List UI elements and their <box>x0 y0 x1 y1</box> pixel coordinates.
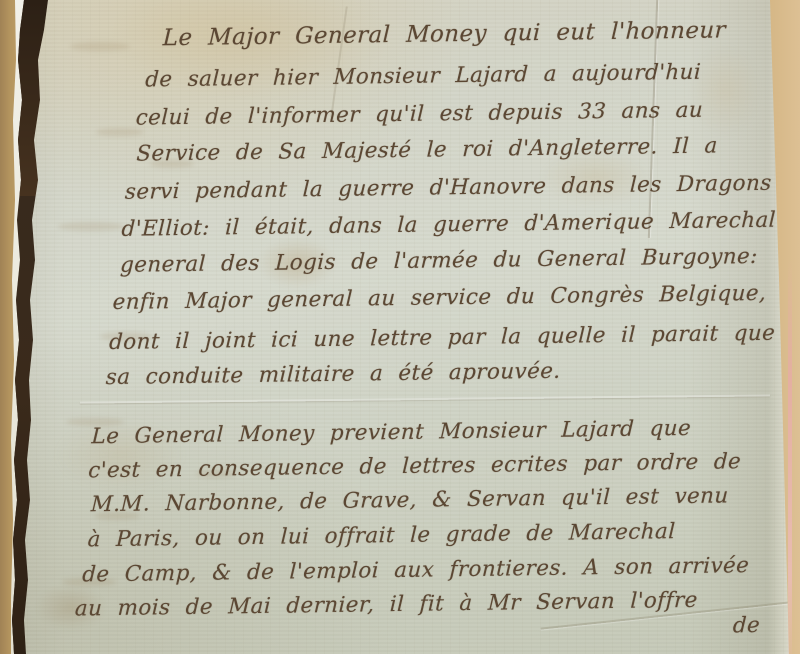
manuscript-line-9: dont il joint ici une lettre par la quel… <box>109 321 776 356</box>
manuscript-line-3: celui de l'informer qu'il est depuis 33 … <box>135 98 703 132</box>
manuscript-line-10: sa conduite militaire a été aprouvée. <box>105 359 561 391</box>
manuscript-line-11: Le General Money previent Monsieur Lajar… <box>91 416 692 450</box>
manuscript-catchword: de <box>732 613 760 639</box>
manuscript-line-13: M.M. Narbonne, de Grave, & Servan qu'il … <box>90 483 729 518</box>
manuscript-line-12: c'est en consequence de lettres ecrites … <box>88 449 742 484</box>
paper-edge-highlight <box>788 260 792 654</box>
letter-paper: Le Major General Money qui eut l'honneur… <box>0 0 800 654</box>
manuscript-line-1: Le Major General Money qui eut l'honneur <box>162 17 726 52</box>
manuscript-line-7: general des Logis de l'armée du General … <box>120 244 759 279</box>
manuscript-line-16: au mois de Mai dernier, il fit à Mr Serv… <box>74 588 698 623</box>
photo-background: Le Major General Money qui eut l'honneur… <box>0 0 800 654</box>
manuscript-text: Le Major General Money qui eut l'honneur… <box>0 0 800 654</box>
manuscript-line-2: de saluer hier Monsieur Lajard a aujourd… <box>145 60 702 94</box>
manuscript-line-4: Service de Sa Majesté le roi d'Angleterr… <box>136 133 718 167</box>
manuscript-line-6: d'Elliot: il était, dans la guerre d'Ame… <box>121 208 776 243</box>
manuscript-line-14: à Paris, ou on lui offrait le grade de M… <box>87 519 676 553</box>
manuscript-line-5: servi pendant la guerre d'Hanovre dans l… <box>124 171 772 206</box>
manuscript-line-8: enfin Major general au service du Congrè… <box>112 281 767 316</box>
manuscript-line-15: de Camp, & de l'emploi aux frontieres. A… <box>82 553 750 588</box>
